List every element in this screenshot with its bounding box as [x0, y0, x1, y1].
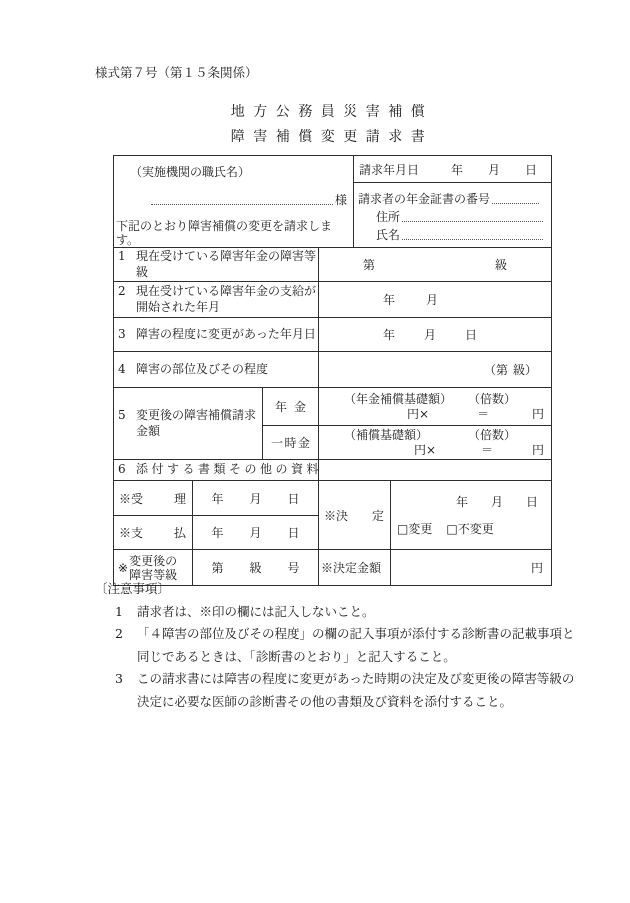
- pension-type-char-1: 年: [275, 398, 287, 415]
- pension-amount-cell: （年金補償基礎額） （倍数） 円× ＝ 円: [319, 388, 552, 426]
- day-unit: 日: [526, 493, 538, 510]
- lump-sum-type-char-1: 一: [271, 434, 283, 451]
- month-unit: 月: [249, 490, 261, 507]
- year-unit: 年: [383, 291, 395, 308]
- item-row-2: 2 現在受けている障害年金の支給が開始された年月 年 月: [114, 282, 552, 318]
- item-row-4: 4 障害の部位及びその程度 （第 級）: [114, 352, 552, 388]
- pension-type-char-2: 金: [294, 398, 306, 415]
- agency-name-write-line: [151, 192, 333, 205]
- lump-sum-type-char-3: 金: [298, 434, 310, 451]
- payment-label-left: ※支: [119, 524, 143, 541]
- receipt-label-right: 理: [174, 490, 186, 507]
- item-row-5-pension: 5 変更後の障害補償請求金額 年 金 （年金補償基礎額） （倍数）: [114, 388, 552, 426]
- day-unit: 日: [288, 490, 300, 507]
- note-2-text: 「４障害の部位及びその程度」の欄の記入事項が添付する診断書の記載事項と 同じであ…: [137, 623, 575, 668]
- recipient-line: 様: [114, 192, 353, 208]
- item-row-1: 1 現在受けている障害年金の障害等級 第 級: [114, 248, 552, 282]
- item-row-6: 6 添付する書類その他の資料名: [114, 460, 552, 481]
- lump-sum-yen-times: 円×: [414, 443, 436, 458]
- pension-base-label: （年金補償基礎額）: [344, 392, 452, 407]
- note-item-1: 1 請求者は、※印の欄には記入しないこと。: [95, 601, 595, 624]
- year-unit: 年: [451, 161, 463, 178]
- note-1-text: 請求者は、※印の欄には記入しないこと。: [137, 601, 375, 624]
- pension-cert-number-label: 請求者の年金証書の番号: [358, 191, 490, 207]
- month-unit: 月: [426, 291, 438, 308]
- pension-equals: ＝: [477, 407, 489, 422]
- item-4-label: 障害の部位及びその程度: [136, 362, 317, 378]
- new-grade-label-line-1: 変更後の: [129, 554, 177, 568]
- item-row-3: 3 障害の程度に変更があった年月日 年 月 日: [114, 318, 552, 352]
- day-unit: 日: [288, 524, 300, 541]
- item-4-number: 4: [118, 362, 136, 378]
- note-3-text: この請求書には障害の程度に変更があった時期の決定及び変更後の障害等級の 決定に必…: [137, 668, 574, 713]
- payment-label-right: 払: [174, 524, 186, 541]
- month-unit: 月: [249, 524, 261, 541]
- title-line-1: 地方公務員災害補償: [113, 100, 551, 125]
- item-1-number: 1: [118, 249, 136, 280]
- pension-cert-number-write-line: [492, 191, 539, 204]
- grade-prefix: 第: [363, 256, 375, 273]
- lump-sum-amount-cell: （補償基礎額） （倍数） 円× ＝ 円: [319, 426, 552, 460]
- yen-unit: 円: [531, 559, 543, 576]
- declaration-text: 下記のとおり障害補償の変更を請求します。: [116, 219, 351, 247]
- item-2-number: 2: [118, 284, 136, 315]
- reference-mark: ※: [118, 561, 128, 575]
- year-unit: 年: [211, 490, 223, 507]
- claim-form-table: （実施機関の職氏名） 様 下記のとおり障害補償の変更を請求します。 請求年月日 …: [113, 155, 552, 586]
- recipient-honorific: 様: [335, 193, 347, 208]
- item-2-label: 現在受けている障害年金の支給が開始された年月: [136, 284, 317, 315]
- month-unit: 月: [488, 161, 500, 178]
- lump-sum-equals: ＝: [481, 443, 493, 458]
- agency-name-label: （実施機関の職氏名）: [130, 165, 353, 179]
- item-3-label-cell: 3 障害の程度に変更があった年月日: [114, 318, 319, 352]
- month-unit: 月: [491, 493, 503, 510]
- title-line-2: 障害補償変更請求書: [113, 125, 551, 150]
- decision-value-cell: 年 月 日 □変更 □不変更: [391, 481, 552, 550]
- name-write-line: [402, 227, 543, 240]
- item-4-value-cell: （第 級）: [319, 352, 552, 388]
- lump-sum-multiplier-label: （倍数）: [468, 428, 516, 443]
- recipient-cell: （実施機関の職氏名） 様 下記のとおり障害補償の変更を請求します。: [114, 156, 354, 248]
- document-page: 様式第７号（第１５条関係） 地方公務員災害補償 障害補償変更請求書 （実施機関の…: [0, 0, 630, 903]
- item-3-label: 障害の程度に変更があった年月日: [136, 327, 317, 343]
- lump-sum-type-char-2: 時: [284, 434, 296, 451]
- item-6-label-cell: 6 添付する書類その他の資料名: [114, 460, 319, 481]
- note-item-3: 3 この請求書には障害の程度に変更があった時期の決定及び変更後の障害等級の 決定…: [95, 668, 595, 713]
- pension-multiplier-label: （倍数）: [468, 392, 516, 407]
- pension-yen-times: 円×: [407, 407, 429, 422]
- address-label: 住所: [376, 209, 400, 225]
- address-write-line: [402, 209, 543, 222]
- item-1-label-cell: 1 現在受けている障害年金の障害等級: [114, 248, 319, 282]
- header-row-1: （実施機関の職氏名） 様 下記のとおり障害補償の変更を請求します。 請求年月日 …: [114, 156, 552, 183]
- item-4-label-cell: 4 障害の部位及びその程度: [114, 352, 319, 388]
- day-unit: 日: [465, 326, 477, 343]
- decided-amount-label: ※決定金額: [319, 559, 390, 576]
- name-label: 氏名: [376, 227, 400, 243]
- grade-kyu: 級: [249, 559, 261, 576]
- day-unit: 日: [525, 161, 537, 178]
- pension-yen-unit: 円: [532, 407, 544, 422]
- note-1-number: 1: [115, 601, 137, 624]
- document-title: 地方公務員災害補償 障害補償変更請求書: [113, 100, 551, 150]
- decision-label-left: ※決: [324, 507, 348, 524]
- item-5-label: 変更後の障害補償請求金額: [136, 408, 261, 439]
- form-number: 様式第７号（第１５条関係）: [95, 66, 258, 80]
- year-unit: 年: [211, 524, 223, 541]
- item-6-number: 6: [118, 462, 136, 478]
- payment-date-cell: 年 月 日: [193, 516, 319, 550]
- part-grade-suffix: 級）: [513, 361, 537, 378]
- item-5-label-cell: 5 変更後の障害補償請求金額: [114, 388, 263, 460]
- note-3-number: 3: [115, 668, 137, 713]
- no-change-checkbox: □不変更: [446, 520, 493, 537]
- decision-label-right: 定: [372, 507, 384, 524]
- item-5-number: 5: [118, 408, 136, 439]
- lump-sum-base-label: （補償基礎額）: [344, 428, 428, 443]
- claimant-info-cell: 請求者の年金証書の番号 住所 氏名: [354, 183, 552, 248]
- request-date-label: 請求年月日: [359, 161, 419, 178]
- receipt-label-left: ※受: [119, 490, 143, 507]
- grade-suffix: 級: [495, 256, 507, 273]
- request-date-cell: 請求年月日 年 月 日: [354, 156, 552, 183]
- note-item-2: 2 「４障害の部位及びその程度」の欄の記入事項が添付する診断書の記載事項と 同じ…: [95, 623, 595, 668]
- item-6-label: 添付する書類その他の資料名: [136, 462, 319, 478]
- notes-section: 〔注意事項〕 1 請求者は、※印の欄には記入しないこと。 2 「４障害の部位及び…: [95, 578, 595, 713]
- month-unit: 月: [424, 326, 436, 343]
- decision-label-cell: ※決 定: [319, 481, 391, 550]
- item-2-value-cell: 年 月: [319, 282, 552, 318]
- receipt-label-cell: ※受 理: [114, 481, 193, 516]
- lump-sum-yen-unit: 円: [532, 443, 544, 458]
- notes-heading: 〔注意事項〕: [95, 578, 595, 601]
- lump-sum-type-cell: 一 時 金: [263, 426, 319, 460]
- item-1-value-cell: 第 級: [319, 248, 552, 282]
- grade-dai: 第: [211, 559, 223, 576]
- item-1-label: 現在受けている障害年金の障害等級: [136, 249, 317, 280]
- note-2-number: 2: [115, 623, 137, 668]
- year-unit: 年: [456, 493, 468, 510]
- admin-row-receipt: ※受 理 年 月 日 ※決 定: [114, 481, 552, 516]
- item-2-label-cell: 2 現在受けている障害年金の支給が開始された年月: [114, 282, 319, 318]
- item-3-value-cell: 年 月 日: [319, 318, 552, 352]
- year-unit: 年: [383, 326, 395, 343]
- payment-label-cell: ※支 払: [114, 516, 193, 550]
- receipt-date-cell: 年 月 日: [193, 481, 319, 516]
- change-checkbox: □変更: [397, 520, 432, 537]
- item-6-value-cell: [319, 460, 552, 481]
- grade-go: 号: [288, 559, 300, 576]
- pension-type-cell: 年 金: [263, 388, 319, 426]
- item-3-number: 3: [118, 327, 136, 343]
- part-grade-prefix: （第: [484, 361, 508, 378]
